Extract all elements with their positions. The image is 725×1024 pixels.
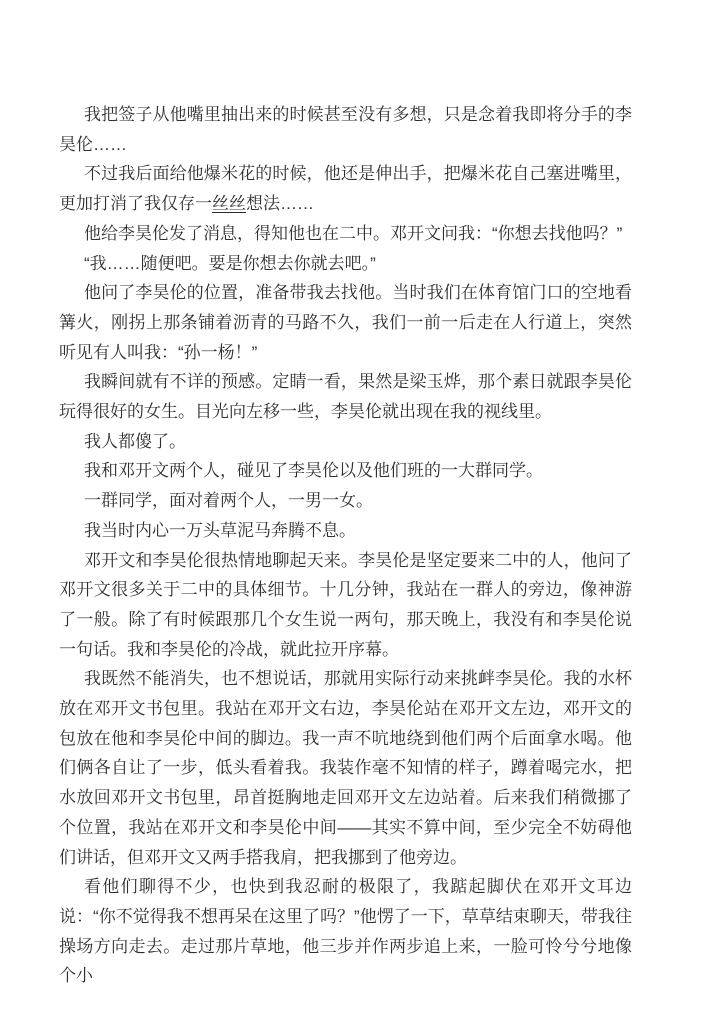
paragraph: 看他们聊得不少，也快到我忍耐的极限了，我踮起脚伏在邓开文耳边说：“你不觉得我不想… bbox=[59, 872, 632, 991]
body-text: 我把签子从他嘴里抽出来的时候甚至没有多想，只是念着我即将分手的李昊伦…… 不过我… bbox=[59, 100, 632, 991]
paragraph: 我把签子从他嘴里抽出来的时候甚至没有多想，只是念着我即将分手的李昊伦…… bbox=[59, 100, 632, 159]
paragraph: 一群同学，面对着两个人，一男一女。 bbox=[59, 486, 632, 516]
paragraph: 他给李昊伦发了消息，得知他也在二中。邓开文问我：“你想去找他吗？” bbox=[59, 219, 632, 249]
paragraph: 我瞬间就有不详的预感。定睛一看，果然是梁玉烨，那个素日就跟李昊伦玩得很好的女生。… bbox=[59, 367, 632, 426]
paragraph: 他问了李昊伦的位置，准备带我去找他。当时我们在体育馆门口的空地看篝火，刚拐上那条… bbox=[59, 278, 632, 367]
underlined-phrase: 丝丝 bbox=[212, 194, 246, 213]
paragraph: 我和邓开文两个人，碰见了李昊伦以及他们班的一大群同学。 bbox=[59, 456, 632, 486]
paragraph-text: 不过我后面给他爆米花的时候，他还是伸出手，把爆米花自己塞进嘴里，更加打消了我仅存… bbox=[59, 164, 632, 213]
paragraph: 不过我后面给他爆米花的时候，他还是伸出手，把爆米花自己塞进嘴里，更加打消了我仅存… bbox=[59, 159, 632, 218]
paragraph: 我当时内心一万头草泥马奔腾不息。 bbox=[59, 516, 632, 546]
paragraph: 我既然不能消失，也不想说话，那就用实际行动来挑衅李昊伦。我的水杯放在邓开文书包里… bbox=[59, 664, 632, 872]
paragraph: “我……随便吧。要是你想去你就去吧。” bbox=[59, 249, 632, 279]
book-page: 我把签子从他嘴里抽出来的时候甚至没有多想，只是念着我即将分手的李昊伦…… 不过我… bbox=[0, 0, 725, 1024]
paragraph: 邓开文和李昊伦很热情地聊起天来。李昊伦是坚定要来二中的人，他问了邓开文很多关于二… bbox=[59, 546, 632, 665]
paragraph: 我人都傻了。 bbox=[59, 427, 632, 457]
paragraph-text: 想法…… bbox=[246, 194, 314, 213]
